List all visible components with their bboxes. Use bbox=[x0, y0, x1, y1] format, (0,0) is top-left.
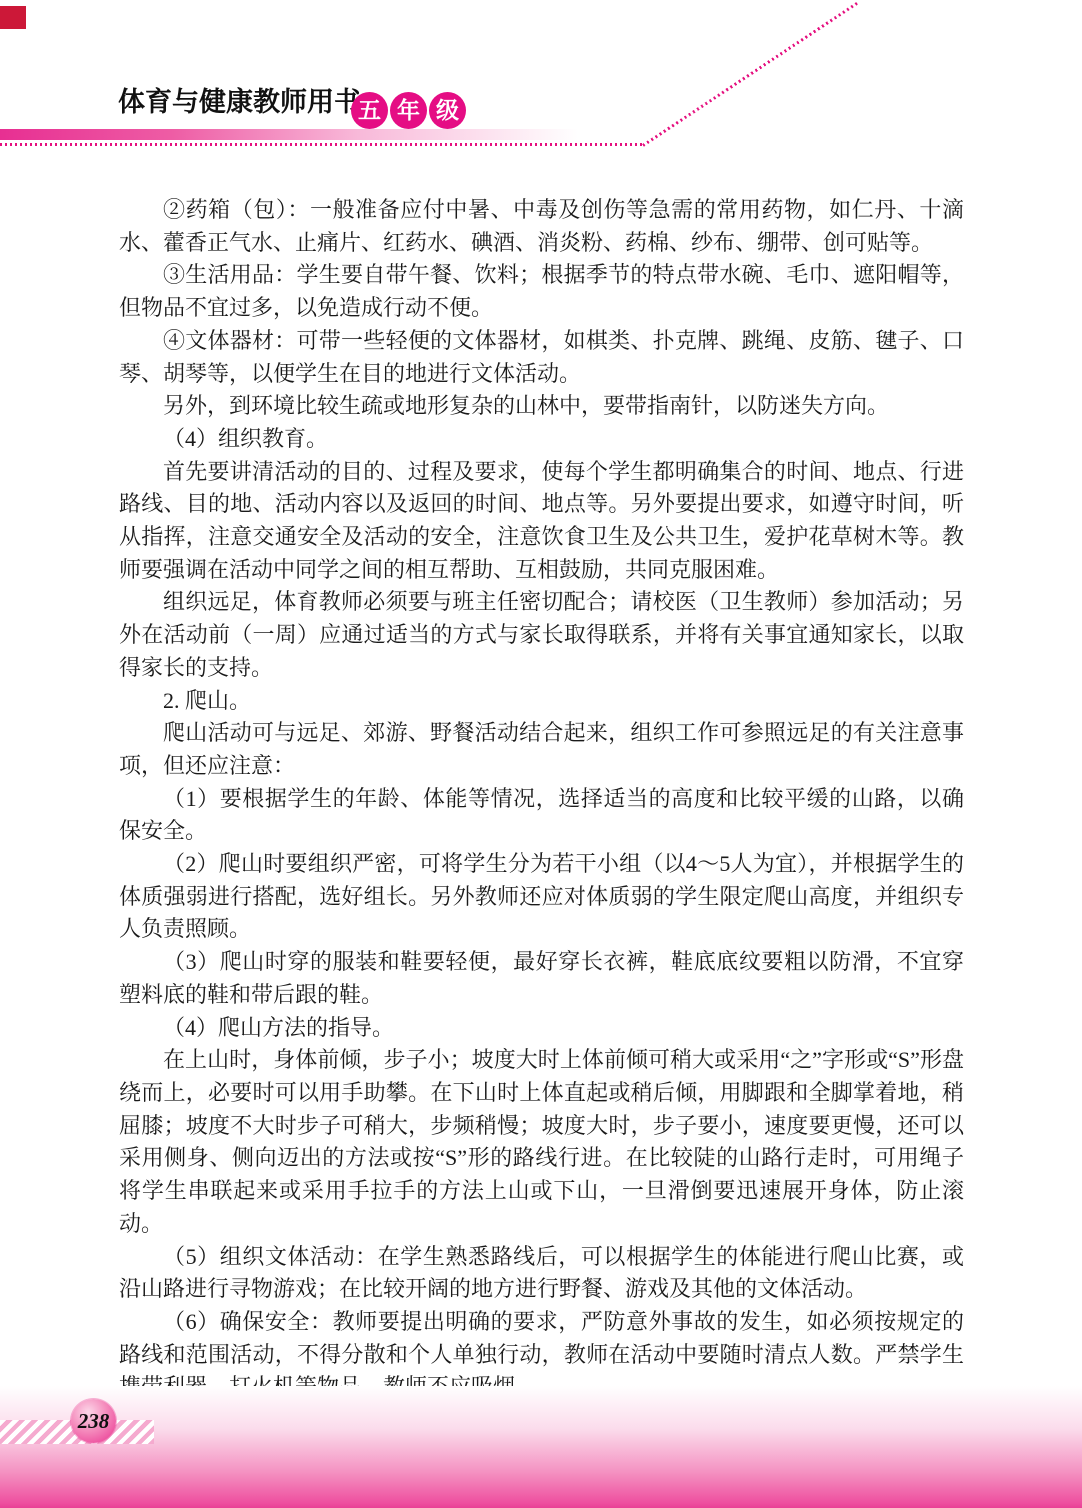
paragraph: （1）要根据学生的年龄、体能等情况，选择适当的高度和比较平缓的山路，以确保安全。 bbox=[119, 783, 964, 848]
paragraph: （3）爬山时穿的服装和鞋要轻便，最好穿长衣裤，鞋底底纹要粗以防滑，不宜穿塑料底的… bbox=[119, 946, 964, 1011]
page-number-badge: 238 bbox=[71, 1399, 116, 1443]
page-title: 体育与健康教师用书 bbox=[118, 86, 361, 118]
corner-print-mark bbox=[0, 6, 26, 29]
paragraph: （2）爬山时要组织严密，可将学生分为若干小组（以4～5人为宜），并根据学生的体质… bbox=[119, 848, 964, 946]
paragraph: ③生活用品：学生要自带午餐、饮料；根据季节的特点带水碗、毛巾、遮阳帽等，但物品不… bbox=[119, 259, 964, 324]
grade-badge-char: 年 bbox=[390, 92, 427, 129]
paragraph: ②药箱（包）：一般准备应付中暑、中毒及创伤等急需的常用药物，如仁丹、十滴水、藿香… bbox=[119, 194, 964, 259]
header-diagonal-dotted-line bbox=[642, 1, 859, 146]
paragraph: （4）组织教育。 bbox=[119, 423, 964, 456]
body-text: ②药箱（包）：一般准备应付中暑、中毒及创伤等急需的常用药物，如仁丹、十滴水、藿香… bbox=[119, 194, 964, 1404]
paragraph: 首先要讲清活动的目的、过程及要求，使每个学生都明确集合的时间、地点、行进路线、目… bbox=[119, 456, 964, 587]
footer-gradient-band bbox=[0, 1386, 1082, 1508]
grade-badge-group: 五 年 级 bbox=[351, 92, 466, 129]
paragraph: ④文体器材：可带一些轻便的文体器材，如棋类、扑克牌、跳绳、皮筋、毽子、口琴、胡琴… bbox=[119, 325, 964, 390]
header-gradient-bar bbox=[0, 129, 578, 140]
grade-badge-char: 级 bbox=[429, 92, 466, 129]
paragraph: （5）组织文体活动：在学生熟悉路线后，可以根据学生的体能进行爬山比赛，或沿山路进… bbox=[119, 1241, 964, 1306]
grade-badge-char: 五 bbox=[351, 92, 388, 129]
paragraph: 组织远足，体育教师必须要与班主任密切配合；请校医（卫生教师）参加活动；另外在活动… bbox=[119, 586, 964, 684]
paragraph: 爬山活动可与远足、郊游、野餐活动结合起来，组织工作可参照远足的有关注意事项，但还… bbox=[119, 717, 964, 782]
page-number: 238 bbox=[78, 1409, 110, 1434]
paragraph: 2. 爬山。 bbox=[119, 685, 964, 718]
header-dotted-line bbox=[0, 143, 644, 146]
paragraph: 在上山时，身体前倾，步子小；坡度大时上体前倾可稍大或采用“之”字形或“S”形盘绕… bbox=[119, 1044, 964, 1240]
paragraph: 另外，到环境比较生疏或地形复杂的山林中，要带指南针，以防迷失方向。 bbox=[119, 390, 964, 423]
book-page: 体育与健康教师用书 五 年 级 ②药箱（包）：一般准备应付中暑、中毒及创伤等急需… bbox=[0, 0, 1082, 1508]
paragraph: （4）爬山方法的指导。 bbox=[119, 1012, 964, 1045]
